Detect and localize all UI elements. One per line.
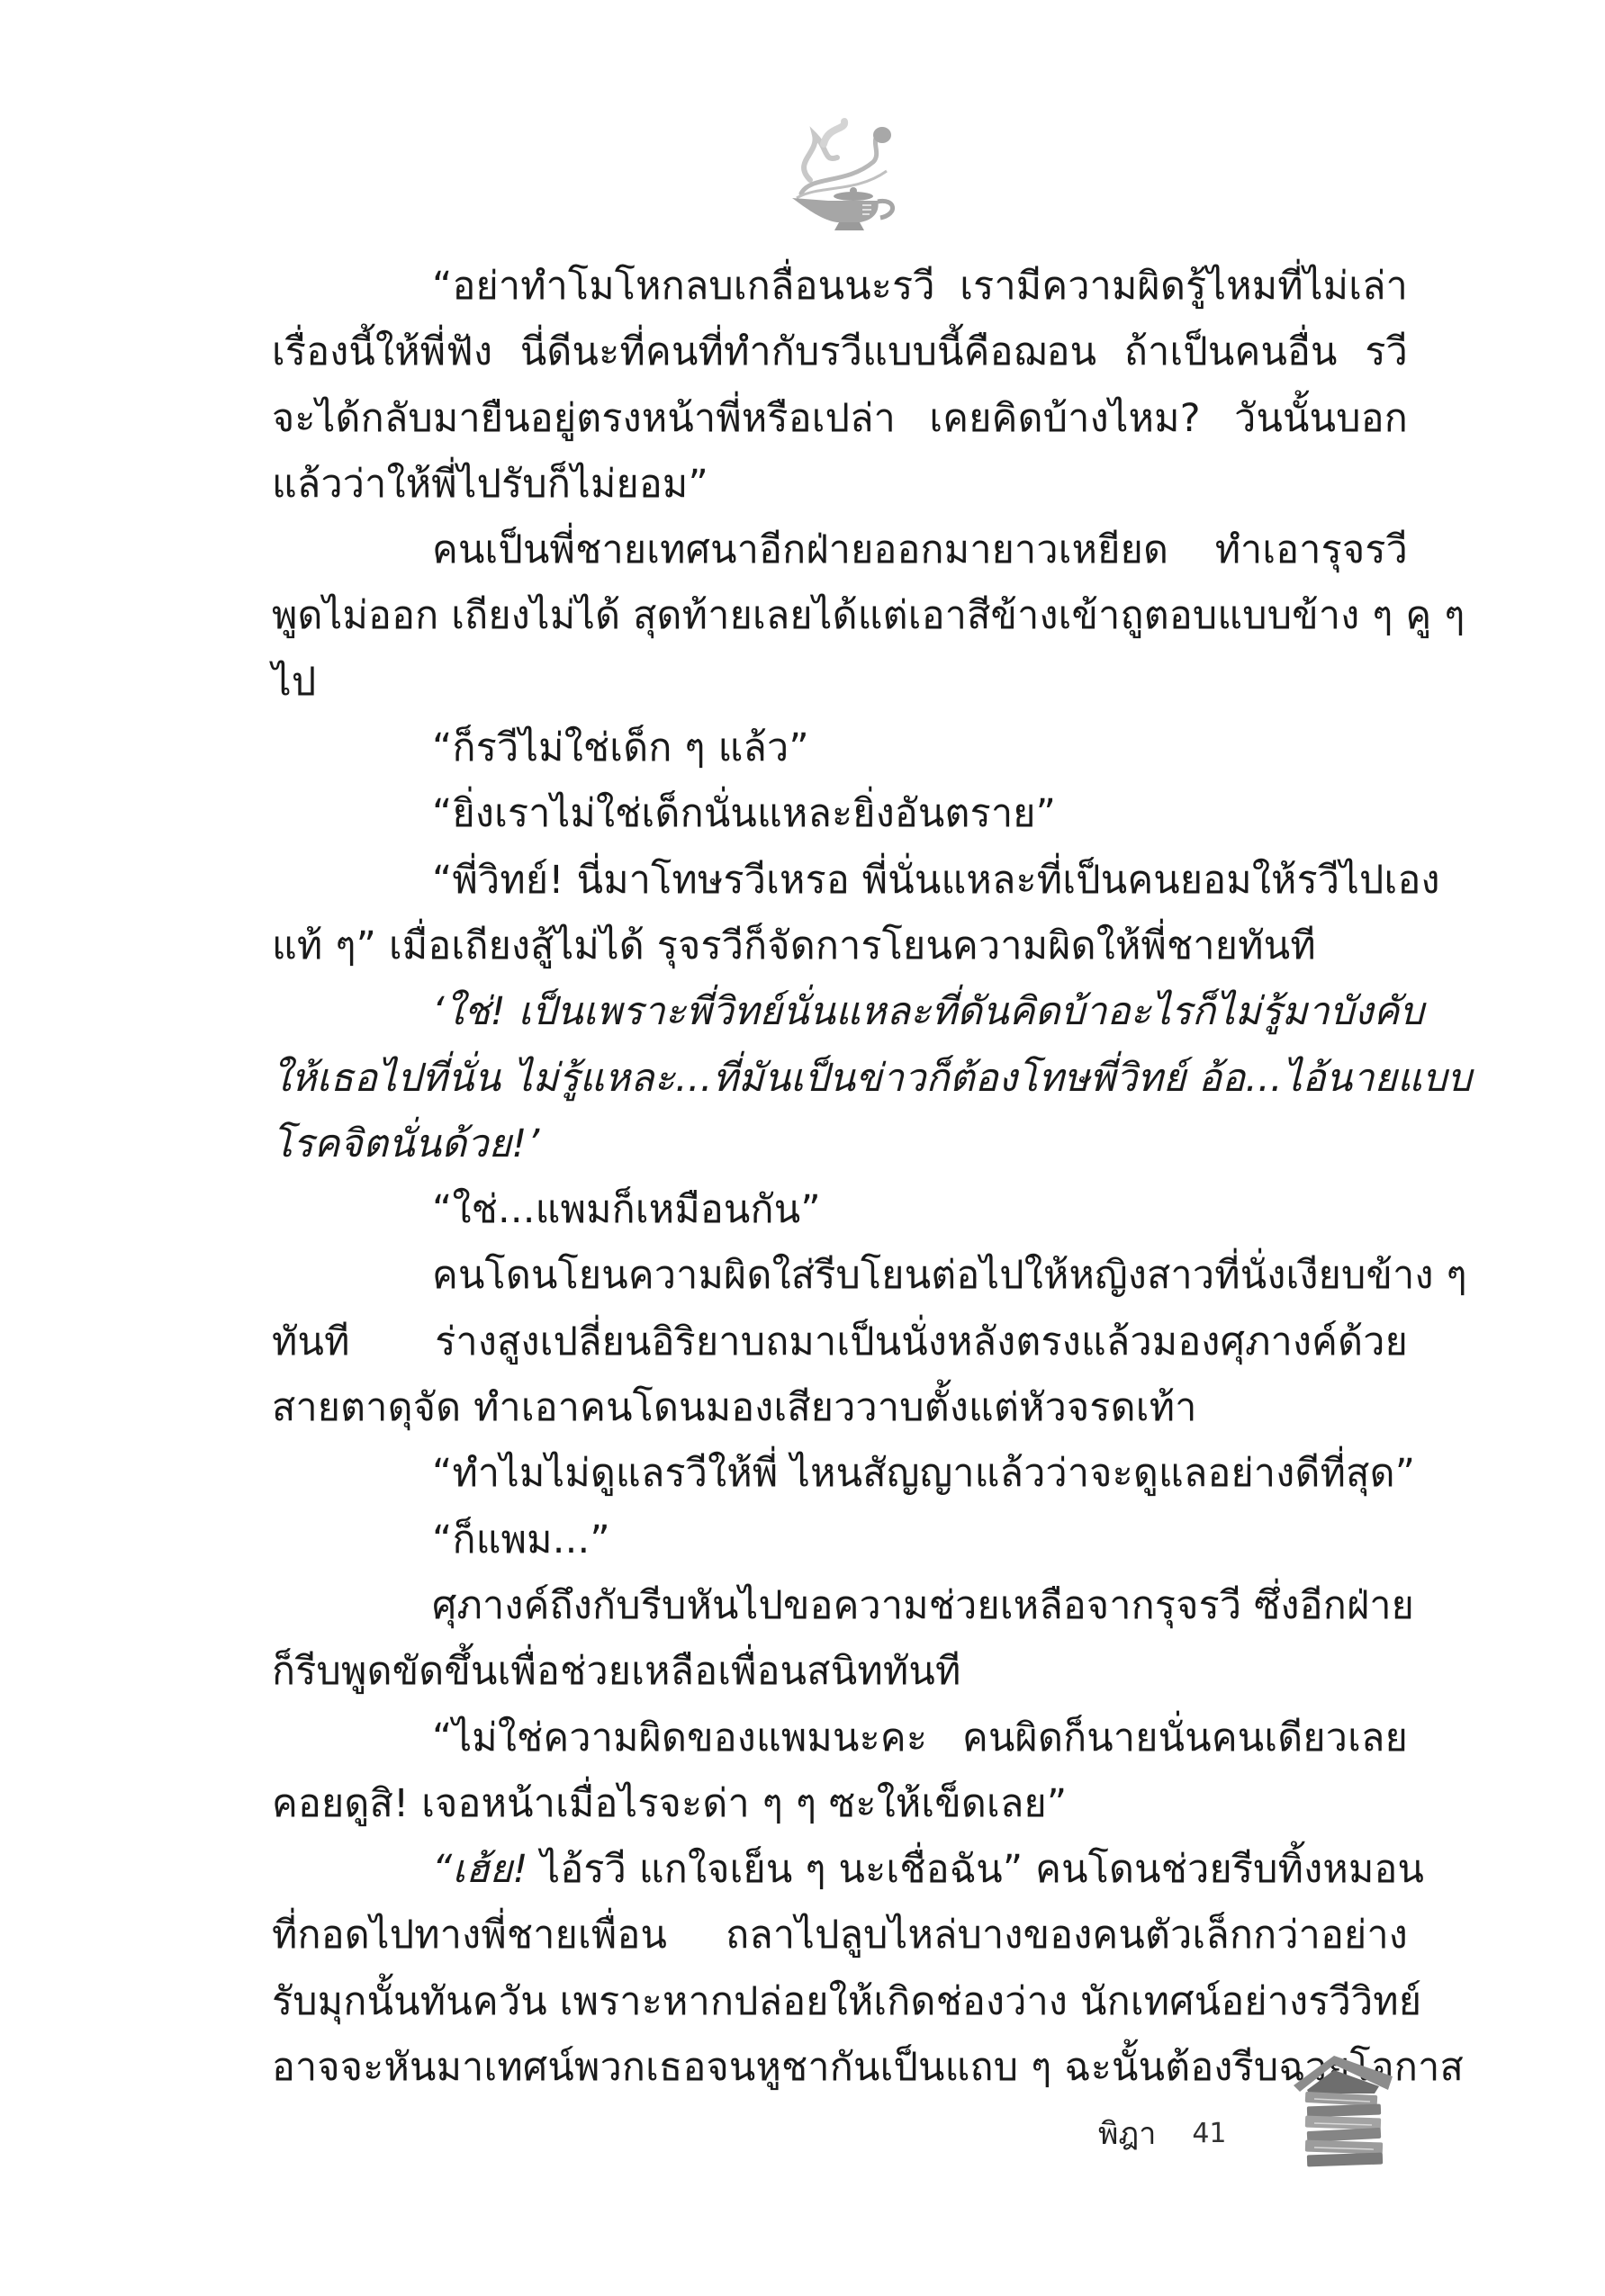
text-line: อาจจะหันมาเทศน์พวกเธอจนหูชากันเป็นแถบ ๆ … [272, 2035, 1408, 2101]
page-number: 41 [1192, 2118, 1226, 2149]
dialogue-line: “ก็รวีไม่ใช่เด็ก ๆ แล้ว” [272, 716, 1408, 781]
text-line: เรื่องนี้ให้พี่ฟัง นี่ดีนะที่คนที่ทำกับร… [272, 320, 1408, 385]
text-line: คอยดูสิ! เจอหน้าเมื่อไรจะด่า ๆ ๆ ซะให้เข… [272, 1771, 1408, 1837]
dialogue-line: “เฮ้ย! ไอ้รวี แกใจเย็น ๆ นะเชื่อฉัน” คนโ… [272, 1837, 1408, 1903]
text-line: คนโดนโยนความผิดใส่รีบโยนต่อไปให้หญิงสาวท… [272, 1243, 1408, 1309]
dialogue-line: “ก็แพม...” [272, 1508, 1408, 1573]
dialogue-line: “ใช่...แพมก็เหมือนกัน” [272, 1177, 1408, 1243]
text-line: ทันที ร่างสูงเปลี่ยนอิริยาบถมาเป็นนั่งหล… [272, 1310, 1408, 1375]
text-line: “อย่าทำโมโหกลบเกลื่อนนะรวี เรามีความผิดร… [272, 254, 1408, 320]
chapter-body: “อย่าทำโมโหกลบเกลื่อนนะรวี เรามีความผิดร… [272, 254, 1408, 2101]
text-line: จะได้กลับมายืนอยู่ตรงหน้าพี่หรือเปล่า เค… [272, 386, 1408, 452]
text-line: สายตาดุจัด ทำเอาคนโดนมองเสียววาบตั้งแต่ห… [272, 1375, 1408, 1441]
genie-lamp-icon [774, 108, 909, 234]
text-line: คนเป็นพี่ชายเทศนาอีกฝ่ายออกมายาวเหยียด ท… [272, 518, 1408, 583]
thought-line: ‘ใช่! เป็นเพราะพี่วิทย์นั่นแหละที่ดันคิด… [272, 979, 1408, 1045]
book-title: พิฎา [1098, 2109, 1156, 2157]
book-stack-icon [1289, 2054, 1397, 2180]
dialogue-line: “ยิ่งเราไม่ใช่เด็กนั่นแหละยิ่งอันตราย” [272, 781, 1408, 847]
text-line: พูดไม่ออก เถียงไม่ได้ สุดท้ายเลยได้แต่เอ… [272, 583, 1408, 649]
text-line: ที่กอดไปทางพี่ชายเพื่อน ถลาไปลูบไหล่บางข… [272, 1903, 1408, 1968]
text-line: แล้วว่าให้พี่ไปรับก็ไม่ยอม” [272, 452, 1408, 518]
dialogue-line: “ไม่ใช่ความผิดของแพมนะคะ คนผิดก็นายนั่นค… [272, 1706, 1408, 1771]
text-line: ศุภางค์ถึงกับรีบหันไปขอความช่วยเหลือจากร… [272, 1573, 1408, 1639]
book-page: “อย่าทำโมโหกลบเกลื่อนนะรวี เรามีความผิดร… [0, 0, 1605, 2296]
dialogue-text: ไอ้รวี แกใจเย็น ๆ นะเชื่อฉัน” คนโดนช่วยร… [528, 1847, 1424, 1892]
text-line: ไป [272, 650, 1408, 716]
text-line: รับมุกนั้นทันควัน เพราะหากปล่อยให้เกิดช่… [272, 1969, 1408, 2035]
page-footer: พิฎา 41 [1098, 2106, 1227, 2160]
thought-line: โรคจิตนั่นด้วย!’ [272, 1112, 1408, 1177]
text-line: ก็รีบพูดขัดขึ้นเพื่อช่วยเหลือเพื่อนสนิทท… [272, 1639, 1408, 1705]
dialogue-line: “พี่วิทย์! นี่มาโทษรวีเหรอ พี่นั่นแหละที… [272, 848, 1408, 914]
thought-line: ให้เธอไปที่นั่น ไม่รู้แหละ...ที่มันเป็นข… [272, 1046, 1408, 1112]
exclamation-italic: “เฮ้ย! [432, 1847, 528, 1892]
text-line: แท้ ๆ” เมื่อเถียงสู้ไม่ได้ รุจรวีก็จัดกา… [272, 914, 1408, 979]
dialogue-line: “ทำไมไม่ดูแลรวีให้พี่ ไหนสัญญาแล้วว่าจะด… [272, 1441, 1408, 1507]
